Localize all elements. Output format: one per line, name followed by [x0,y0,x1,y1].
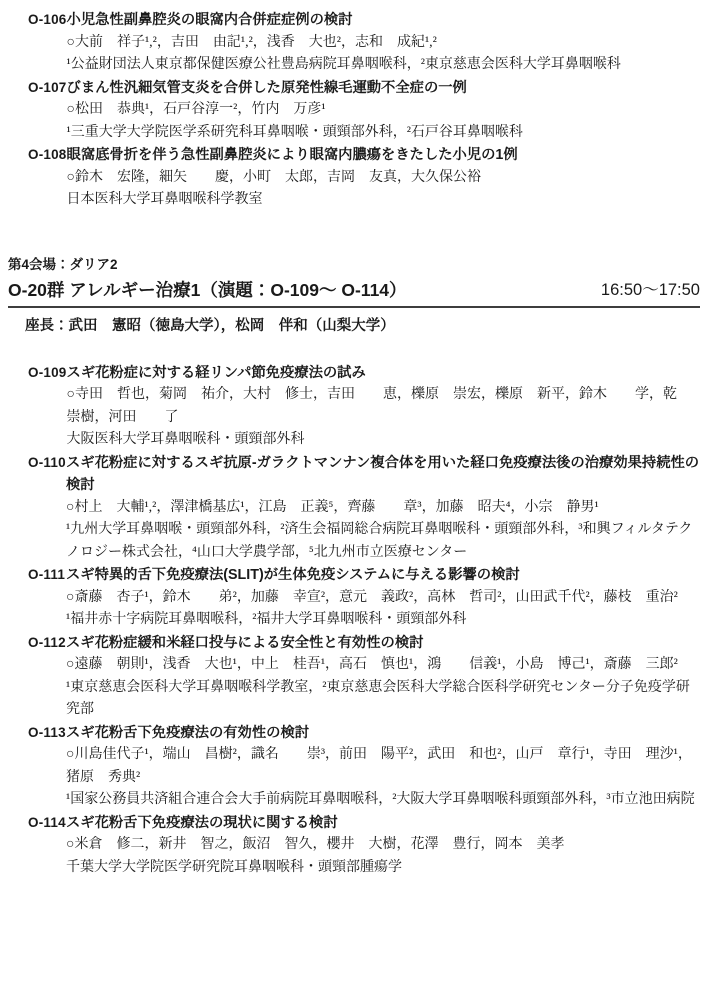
presentation-authors: ○寺田 哲也，菊岡 祐介，大村 修士，吉田 恵，櫟原 崇宏，櫟原 新平，鈴木 学… [67,384,700,429]
presentation-id: O-107 [28,77,67,100]
presentation-title: スギ特異的舌下免疫療法(SLIT)が生体免疫システムに与える影響の検討 [66,564,700,587]
presentation-title: びまん性汎細気管支炎を合併した原発性線毛運動不全症の一例 [67,77,700,100]
session-title: O-20群 アレルギー治療1（演題：O-109～ O-114） [8,279,407,302]
presentation-title: スギ花粉症緩和米経口投与による安全性と有効性の検討 [66,632,700,655]
presentation-id: O-111 [28,564,66,587]
presentation-title: 小児急性副鼻腔炎の眼窩内合併症症例の検討 [67,9,700,32]
presentation-affiliation: 大阪医科大学耳鼻咽喉科・頭頸部外科 [67,429,700,452]
session-title-row: O-20群 アレルギー治療1（演題：O-109～ O-114） 16:50～17… [8,279,700,302]
presentation-authors: ○斎藤 杏子¹，鈴木 弟²，加藤 幸宣²，意元 義政²，高林 哲司²，山田武千代… [66,587,700,610]
presentation-affiliation: 日本医科大学耳鼻咽喉科学教室 [67,189,700,212]
presentation-id: O-110 [28,452,66,475]
presentation-authors: ○松田 恭典¹，石戸谷淳一²，竹内 万彦¹ [67,99,700,122]
presentation-affiliation: ¹東京慈恵会医科大学耳鼻咽喉科学教室，²東京慈恵会医科大学総合医科学研究センター… [66,677,700,722]
presentation-authors: ○鈴木 宏隆，細矢 慶，小町 太郎，吉岡 友真，大久保公裕 [67,167,700,190]
presentation-item: O-114 スギ花粉舌下免疫療法の現状に関する検討 ○米倉 修二，新井 智之，飯… [8,812,700,880]
session-venue: 第4会場：ダリア2 [8,256,700,274]
presentation-item: O-108 眼窩底骨折を伴う急性副鼻腔炎により眼窩内膿瘍をきたした小児の1例 ○… [8,144,700,212]
presentation-item: O-106 小児急性副鼻腔炎の眼窩内合併症症例の検討 ○大前 祥子¹,²，吉田 … [8,9,700,77]
presentation-authors: ○川島佳代子¹，端山 昌樹²，識名 崇³，前田 陽平²，武田 和也²，山戸 章行… [66,744,700,789]
presentation-id: O-109 [28,362,67,385]
presentation-list-session: O-109 スギ花粉症に対する経リンパ節免疫療法の試み ○寺田 哲也，菊岡 祐介… [8,362,700,880]
presentation-id: O-113 [28,722,66,745]
presentation-title: 眼窩底骨折を伴う急性副鼻腔炎により眼窩内膿瘍をきたした小児の1例 [67,144,700,167]
presentation-item: O-112 スギ花粉症緩和米経口投与による安全性と有効性の検討 ○遠藤 朝則¹，… [8,632,700,722]
presentation-item: O-109 スギ花粉症に対する経リンパ節免疫療法の試み ○寺田 哲也，菊岡 祐介… [8,362,700,452]
presentation-authors: ○村上 大輔¹,²，澤津橋基広¹，江島 正義⁵，齊藤 章³，加藤 昭夫⁴，小宗 … [66,497,700,520]
session-chairs: 座長：武田 憲昭（徳島大学），松岡 伴和（山梨大学） [25,316,700,336]
presentation-affiliation: ¹九州大学耳鼻咽喉・頭頸部外科，²済生会福岡総合病院耳鼻咽喉科・頭頸部外科，³和… [66,519,700,564]
presentation-authors: ○遠藤 朝則¹，浅香 大也¹，中上 桂吾¹，高石 慎也¹，鴻 信義¹，小島 博己… [66,654,700,677]
presentation-id: O-114 [28,812,66,835]
presentation-title: スギ花粉症に対する経リンパ節免疫療法の試み [67,362,700,385]
presentation-authors: ○大前 祥子¹,²，吉田 由記¹,²，浅香 大也²，志和 成紀¹,² [67,32,700,55]
presentation-id: O-106 [28,9,67,32]
presentation-title: スギ花粉舌下免疫療法の現状に関する検討 [66,812,700,835]
presentation-title: スギ花粉舌下免疫療法の有効性の検討 [66,722,700,745]
presentation-id: O-112 [28,632,66,655]
presentation-item: O-110 スギ花粉症に対するスギ抗原-ガラクトマンナン複合体を用いた経口免疫療… [8,452,700,565]
presentation-list-top: O-106 小児急性副鼻腔炎の眼窩内合併症症例の検討 ○大前 祥子¹,²，吉田 … [8,9,700,212]
presentation-affiliation: ¹福井赤十字病院耳鼻咽喉科，²福井大学耳鼻咽喉科・頭頸部外科 [66,609,700,632]
presentation-title: スギ花粉症に対するスギ抗原-ガラクトマンナン複合体を用いた経口免疫療法後の治療効… [66,452,700,497]
session-time: 16:50～17:50 [601,279,700,302]
presentation-affiliation: ¹公益財団法人東京都保健医療公社豊島病院耳鼻咽喉科，²東京慈恵会医科大学耳鼻咽喉… [67,54,700,77]
presentation-authors: ○米倉 修二，新井 智之，飯沼 智久，櫻井 大樹，花澤 豊行，岡本 美孝 [66,834,700,857]
presentation-id: O-108 [28,144,67,167]
session-header: 第4会場：ダリア2 O-20群 アレルギー治療1（演題：O-109～ O-114… [8,256,700,336]
presentation-affiliation: 千葉大学大学院医学研究院耳鼻咽喉科・頭頸部腫瘍学 [66,857,700,880]
conference-program-page: O-106 小児急性副鼻腔炎の眼窩内合併症症例の検討 ○大前 祥子¹,²，吉田 … [0,0,710,1000]
presentation-affiliation: ¹国家公務員共済組合連合会大手前病院耳鼻咽喉科，²大阪大学耳鼻咽喉科頭頸部外科，… [66,789,700,812]
presentation-item: O-111 スギ特異的舌下免疫療法(SLIT)が生体免疫システムに与える影響の検… [8,564,700,632]
divider-rule [8,306,700,308]
presentation-affiliation: ¹三重大学大学院医学系研究科耳鼻咽喉・頭頸部外科，²石戸谷耳鼻咽喉科 [67,122,700,145]
presentation-item: O-113 スギ花粉舌下免疫療法の有効性の検討 ○川島佳代子¹，端山 昌樹²，識… [8,722,700,812]
presentation-item: O-107 びまん性汎細気管支炎を合併した原発性線毛運動不全症の一例 ○松田 恭… [8,77,700,145]
